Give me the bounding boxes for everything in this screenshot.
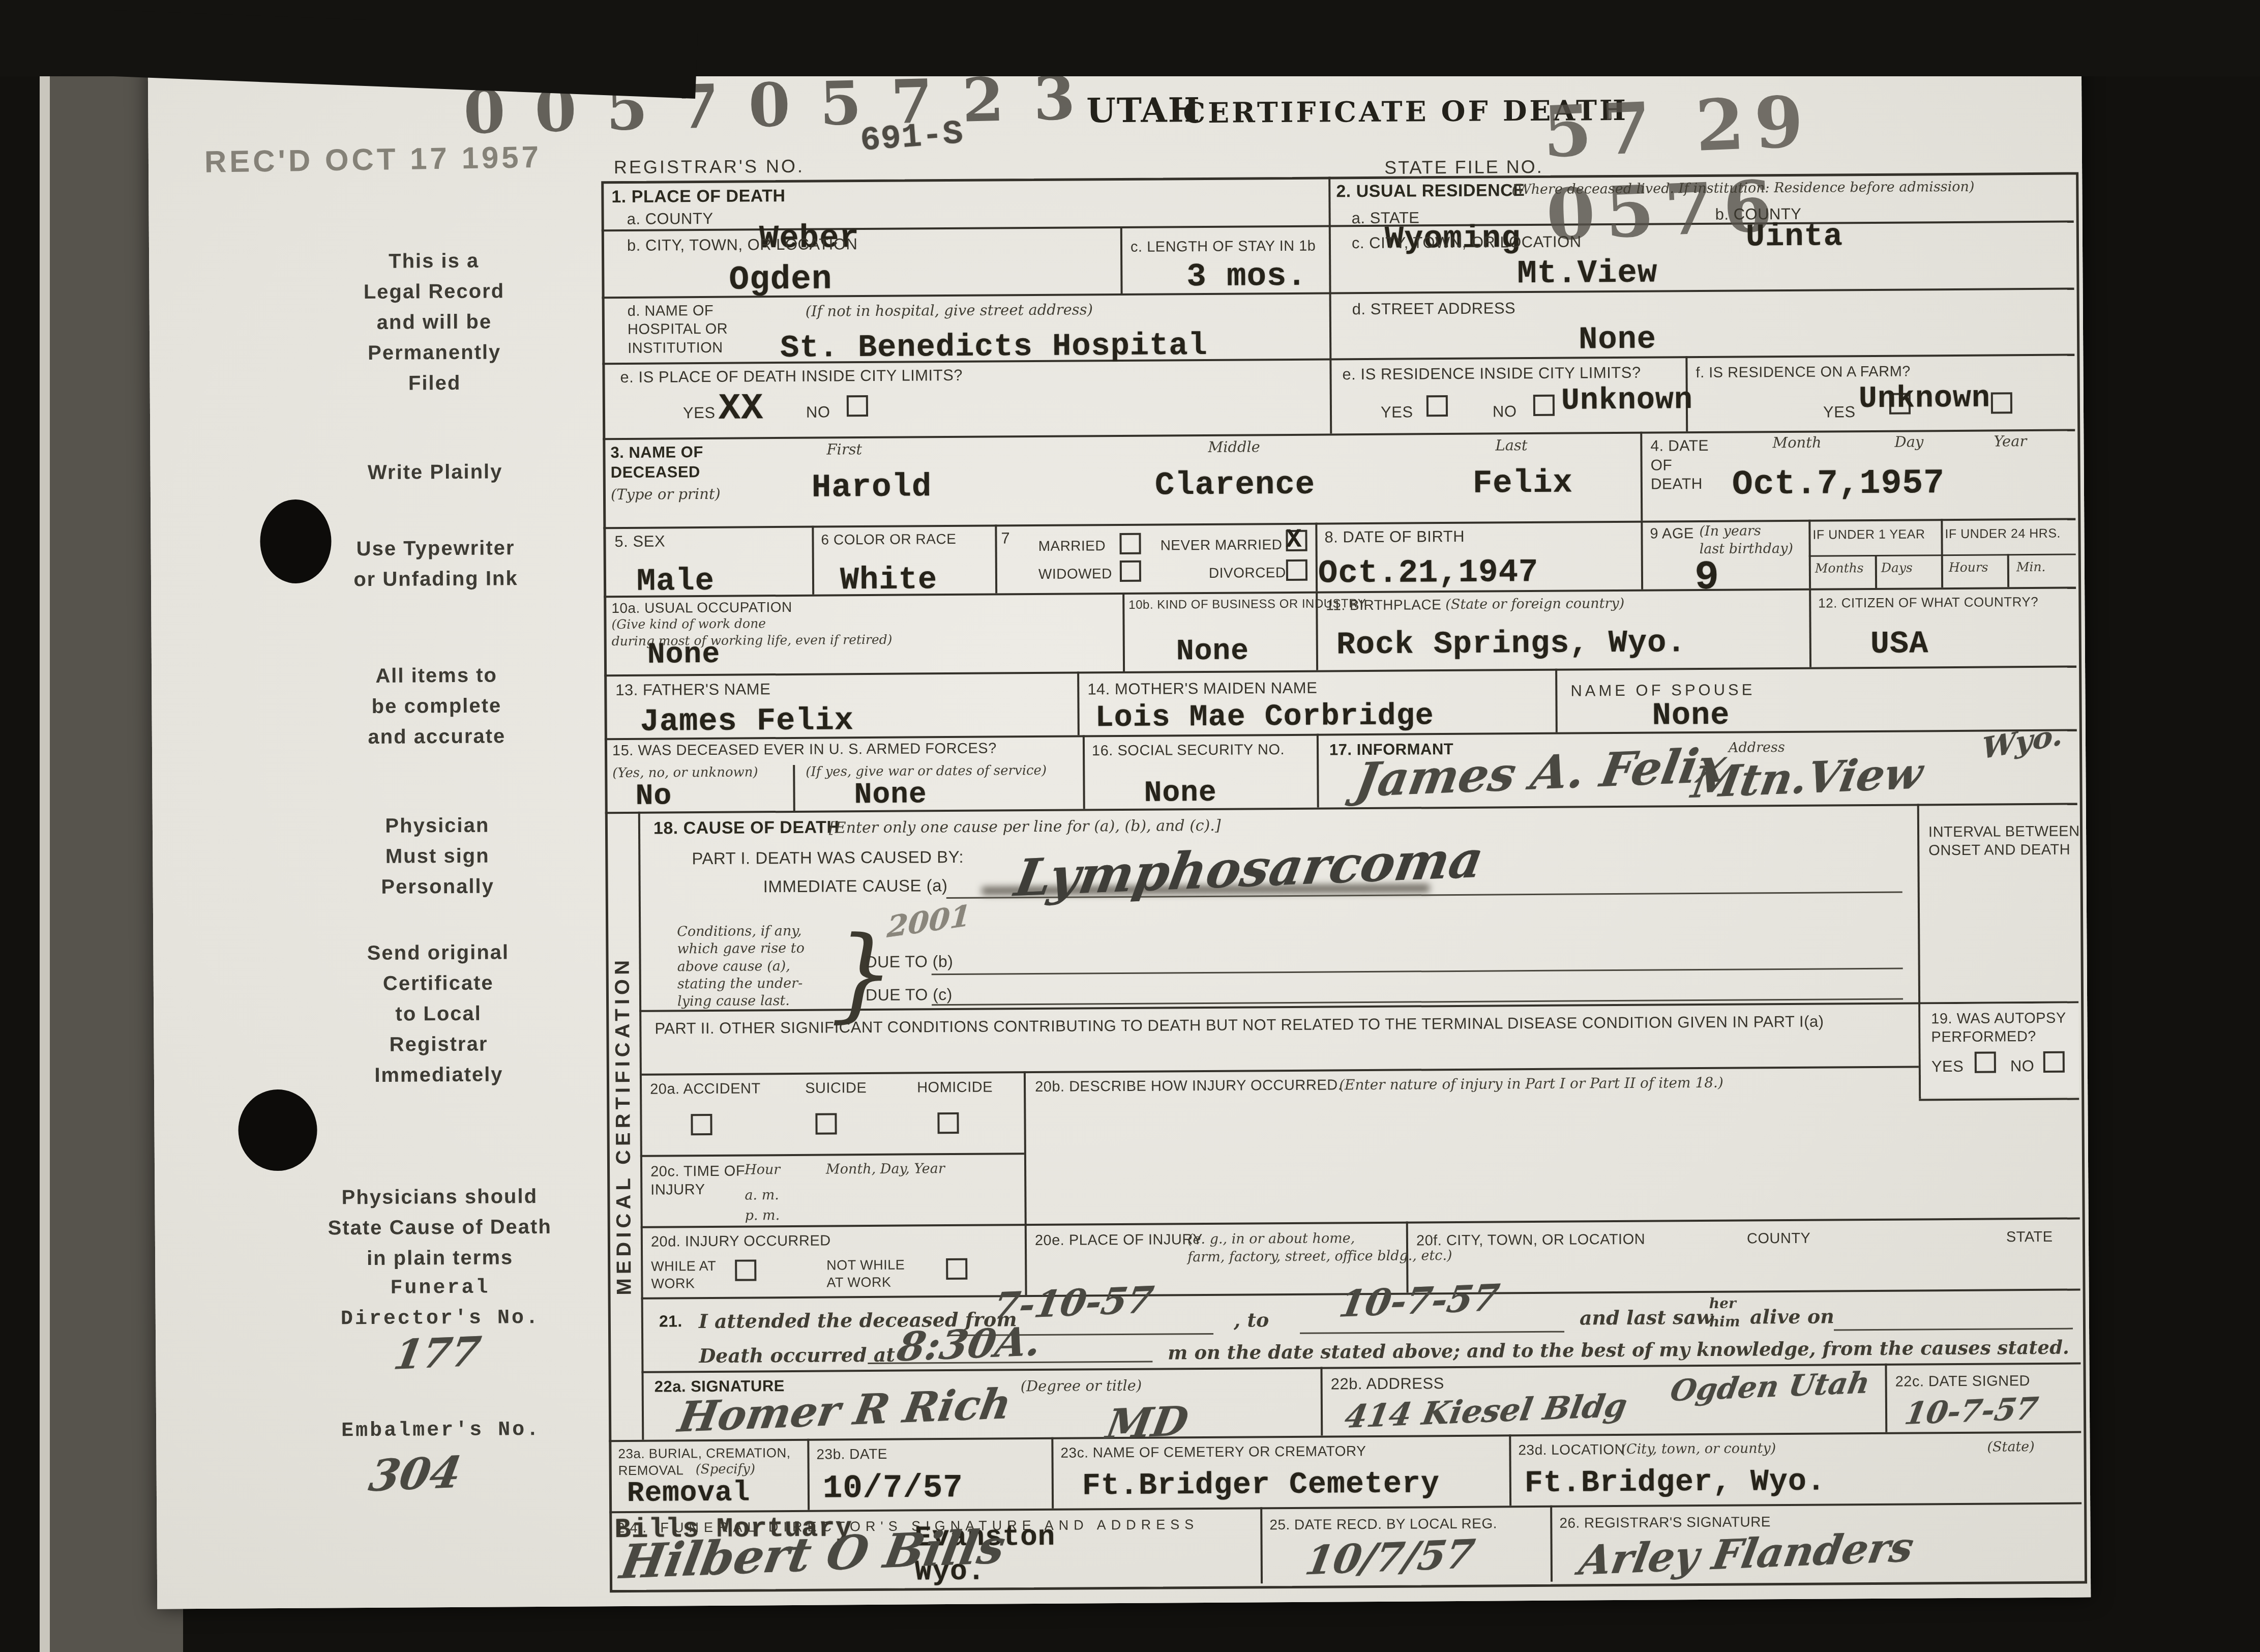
not-while-at-work-checkbox xyxy=(946,1258,967,1280)
s3-hint: (Type or print) xyxy=(611,485,721,505)
s12-value: USA xyxy=(1870,626,1929,662)
s19-yes-label: YES xyxy=(1931,1057,1964,1077)
s2-limits-label: e. IS RESIDENCE INSIDE CITY LIMITS? xyxy=(1342,363,1641,385)
suicide-checkbox xyxy=(815,1113,837,1134)
s2-limits-no-label: NO xyxy=(1493,402,1517,422)
s17-informant-address: Mtn.View xyxy=(1688,748,1926,808)
while-at-work-checkbox xyxy=(735,1259,756,1281)
s2-county-value: Uinta xyxy=(1746,218,1843,255)
s3-last-value: Felix xyxy=(1473,465,1573,503)
s1-limits-yes-label: YES xyxy=(683,403,716,423)
s1-hospital-label: d. NAME OF HOSPITAL OR INSTITUTION xyxy=(628,302,728,358)
s3-first-label: First xyxy=(826,440,862,459)
s7-widowed-label: WIDOWED xyxy=(1038,565,1112,583)
s9-months-label: Months xyxy=(1815,560,1864,577)
s20c-mdy-label: Month, Day, Year xyxy=(826,1160,945,1178)
s15-hint1: (Yes, no, or unknown) xyxy=(612,764,758,782)
margin-note-legal-record: This is a Legal Record and will be Perma… xyxy=(281,245,587,399)
s26-label: 26. REGISTRAR'S SIGNATURE xyxy=(1559,1513,1771,1532)
homicide-checkbox xyxy=(937,1112,959,1134)
divorced-checkbox xyxy=(1286,559,1307,581)
s22c-date-signed: 10-7-57 xyxy=(1902,1391,2040,1432)
s3-title: 3. NAME OF DECEASED xyxy=(610,442,703,483)
s8-label: 8. DATE OF BIRTH xyxy=(1324,527,1465,547)
s18-part1-label: PART I. DEATH WAS CAUSED BY: xyxy=(692,846,964,869)
s20c-am-label: a. m. xyxy=(745,1186,779,1204)
s16-label: 16. SOCIAL SECURITY NO. xyxy=(1092,741,1285,760)
s21-him: him xyxy=(1709,1313,1740,1332)
s2-city-label: c. CITY, TOWN, OR LOCATION xyxy=(1352,232,1582,253)
s15-value1: No xyxy=(635,780,672,813)
s23d-value: Ft.Bridger, Wyo. xyxy=(1525,1465,1826,1501)
s2-limits-value: Unknown xyxy=(1561,383,1693,419)
s18-due-c-label: DUE TO (c) xyxy=(866,984,953,1005)
s9-under1-label: IF UNDER 1 YEAR xyxy=(1812,526,1925,543)
s20c-pm-label: p. m. xyxy=(745,1206,780,1225)
s8-value: Oct.21,1947 xyxy=(1318,554,1539,593)
received-date-stamp: REC'D OCT 17 1957 xyxy=(204,139,542,180)
never-married-x: X xyxy=(1286,525,1302,555)
s22b-label: 22b. ADDRESS xyxy=(1331,1374,1444,1394)
s18-immediate-label: IMMEDIATE CAUSE (a) xyxy=(763,875,948,897)
s10a-label: 10a. USUAL OCCUPATION xyxy=(611,598,792,617)
s13-label: 13. FATHER'S NAME xyxy=(615,680,770,700)
s1-stay-label: c. LENGTH OF STAY IN 1b xyxy=(1131,237,1316,256)
s1-hospital-hint: (If not in hospital, give street address… xyxy=(806,300,1093,321)
s20f-label: 20f. CITY, TOWN, OR LOCATION xyxy=(1416,1230,1645,1250)
widowed-checkbox xyxy=(1120,560,1141,582)
s23d-state-hint: (State) xyxy=(1987,1438,2035,1456)
s21-num: 21. xyxy=(659,1311,682,1331)
s2-title-hint: (Where deceased lived. If institution: R… xyxy=(1511,178,2071,199)
never-married-checkbox: X xyxy=(1286,530,1307,551)
s21-text3: and last saw xyxy=(1580,1305,1713,1331)
s20a-accident-label: 20a. ACCIDENT xyxy=(650,1079,761,1099)
s9-under24-label: IF UNDER 24 HRS. xyxy=(1945,526,2061,543)
s2-limits-yes-label: YES xyxy=(1381,402,1413,422)
s18-title: 18. CAUSE OF DEATH xyxy=(653,816,840,839)
s3-middle-label: Middle xyxy=(1208,437,1260,457)
married-checkbox xyxy=(1119,533,1141,554)
s2-farm-no-checkbox xyxy=(1991,392,2012,414)
s2-farm-label: f. IS RESIDENCE ON A FARM? xyxy=(1696,362,1911,382)
s1-city-label: b. CITY, TOWN, OR LOCATION xyxy=(627,234,858,256)
s7-married-label: MARRIED xyxy=(1038,537,1106,555)
s4-year-label: Year xyxy=(1994,432,2027,451)
s3-middle-value: Clarence xyxy=(1155,467,1316,505)
s20e-label: 20e. PLACE OF INJURY xyxy=(1035,1230,1203,1250)
s23c-value: Ft.Bridger Cemetery xyxy=(1082,1467,1440,1503)
margin-note-send-original: Send original Certificate to Local Regis… xyxy=(285,936,591,1091)
accident-checkbox xyxy=(691,1114,712,1135)
s14-value: Lois Mae Corbridge xyxy=(1095,699,1434,735)
funeral-director-no-label: Funeral Director's No. xyxy=(287,1272,593,1335)
state-file-label: STATE FILE NO. xyxy=(1384,155,1543,179)
s1-city-value: Ogden xyxy=(729,260,832,299)
s22c-label: 22c. DATE SIGNED xyxy=(1895,1372,2031,1391)
scanned-death-certificate: { "header": { "serial_stamp": "005705723… xyxy=(0,0,2260,1652)
registrar-no-label: REGISTRAR'S NO. xyxy=(614,155,805,179)
s22a-degree-value: MD xyxy=(1103,1397,1192,1448)
margin-note-write-plainly: Write Plainly xyxy=(283,456,588,488)
s5-label: 5. SEX xyxy=(614,532,665,551)
s23b-value: 10/7/57 xyxy=(823,1470,963,1508)
s25-label: 25. DATE RECD. BY LOCAL REG. xyxy=(1269,1514,1497,1533)
s16-value: None xyxy=(1144,777,1217,810)
s9-min-label: Min. xyxy=(2016,559,2046,576)
s2-farm-value: Unknown xyxy=(1859,381,1990,417)
s1-limits-no-checkbox xyxy=(847,395,868,417)
s21-text2: , to xyxy=(1234,1307,1269,1333)
s2-street-label: d. STREET ADDRESS xyxy=(1352,299,1516,319)
s9-value: 9 xyxy=(1694,555,1720,601)
registrar-no-value: 691-S xyxy=(859,114,965,160)
s4-day-label: Day xyxy=(1894,432,1923,452)
s19-no-label: NO xyxy=(2010,1056,2035,1076)
s15-value2: None xyxy=(854,778,927,812)
s6-label: 6 COLOR OR RACE xyxy=(821,530,956,549)
s7-never-label: NEVER MARRIED xyxy=(1160,536,1282,554)
s4-label: 4. DATE OF DEATH xyxy=(1650,436,1709,494)
autopsy-no-checkbox xyxy=(2043,1051,2065,1073)
s21-her: her xyxy=(1709,1294,1736,1313)
s9-label: 9 AGE xyxy=(1650,524,1694,543)
s1-title: 1. PLACE OF DEATH xyxy=(611,185,785,208)
s1-hospital-value: St. Benedicts Hospital xyxy=(780,328,1208,366)
s1-limits-no-label: NO xyxy=(806,402,830,422)
s23d-hint: (City, town, or county) xyxy=(1621,1439,1776,1458)
s4-value: Oct.7,1957 xyxy=(1732,464,1945,505)
s20b-hint: (Enter nature of injury in Part I or Par… xyxy=(1339,1074,1723,1095)
s18-interval-label: INTERVAL BETWEEN ONSET AND DEATH xyxy=(1928,822,2080,860)
s2-title: 2. USUAL RESIDENCE xyxy=(1336,180,1525,202)
certificate-paper: 005705723 REC'D OCT 17 1957 REGISTRAR'S … xyxy=(148,50,2091,1609)
s20f-state-label: STATE xyxy=(2006,1228,2053,1247)
s18-due-b-label: DUE TO (b) xyxy=(865,951,953,972)
s15-label: 15. WAS DECEASED EVER IN U. S. ARMED FOR… xyxy=(612,739,997,760)
s20d-label: 20d. INJURY OCCURRED xyxy=(651,1231,831,1251)
s1-county-label: a. COUNTY xyxy=(627,209,713,229)
s23b-label: 23b. DATE xyxy=(816,1445,887,1463)
embalmer-no-value: 304 xyxy=(366,1447,465,1501)
s11-label: 11. BIRTHPLACE xyxy=(1326,596,1441,614)
margin-note-physician-sign: Physician Must sign Personally xyxy=(285,809,590,903)
s20f-county-label: COUNTY xyxy=(1747,1229,1811,1248)
s20e-hint: (e. g., in or about home, farm, factory,… xyxy=(1187,1229,1452,1266)
s1-stay-value: 3 mos. xyxy=(1186,258,1307,296)
s14-label: 14. MOTHER'S MAIDEN NAME xyxy=(1087,678,1317,700)
s6-value: White xyxy=(840,562,937,598)
s2-farm-yes-label: YES xyxy=(1823,402,1856,422)
s11-value: Rock Springs, Wyo. xyxy=(1336,625,1686,663)
s3-last-label: Last xyxy=(1495,436,1527,455)
s13-value: James Felix xyxy=(640,702,854,740)
s21-text5: Death occurred at xyxy=(699,1342,895,1369)
embalmer-no-label: Embalmer's No. xyxy=(273,1414,609,1447)
s21-to-date: 10-7-57 xyxy=(1336,1276,1502,1325)
spouse-value: None xyxy=(1652,697,1730,734)
s9-days-label: Days xyxy=(1881,559,1913,576)
funeral-director-no-value: 177 xyxy=(391,1327,484,1379)
s20b-label: 20b. DESCRIBE HOW INJURY OCCURRED. xyxy=(1035,1076,1342,1096)
s1-limits-yes-mark: XX xyxy=(719,388,764,430)
s9-hours-label: Hours xyxy=(1949,559,1988,576)
s10a-value: None xyxy=(647,638,721,672)
s5-value: Male xyxy=(637,563,715,600)
s22a-degree-label: (Degree or title) xyxy=(1021,1376,1142,1396)
s20a-suicide-label: SUICIDE xyxy=(805,1079,867,1098)
margin-note-plain-terms: Physicians should State Cause of Death i… xyxy=(261,1181,618,1274)
s21-time-value: 8:30A. xyxy=(894,1318,1045,1371)
s18-title-hint: [Enter only one cause per line for (a), … xyxy=(829,816,1221,838)
ink-blob-top xyxy=(260,499,332,583)
s7-divorced-label: DIVORCED xyxy=(1209,564,1286,582)
s10b-value: None xyxy=(1176,635,1250,668)
s2-city-value: Mt.View xyxy=(1517,255,1657,293)
s19-label: 19. WAS AUTOPSY PERFORMED? xyxy=(1931,1009,2066,1047)
s9-hint: (In years last birthday) xyxy=(1699,522,1793,558)
s23a-value: Removal xyxy=(627,1476,751,1509)
s23d-label: 23d. LOCATION xyxy=(1518,1440,1625,1459)
s21-text4: alive on xyxy=(1750,1304,1834,1329)
s1-limits-label: e. IS PLACE OF DEATH INSIDE CITY LIMITS? xyxy=(620,366,963,388)
s20c-hour-label: Hour xyxy=(745,1161,780,1179)
s3-first-value: Harold xyxy=(812,469,932,506)
s4-month-label: Month xyxy=(1772,433,1821,453)
s2-limits-no-checkbox xyxy=(1533,395,1555,416)
autopsy-yes-checkbox xyxy=(1975,1051,1996,1073)
s25-value: 10/7/57 xyxy=(1302,1531,1478,1584)
medical-certification-vertical-label: MEDICAL CERTIFICATION xyxy=(605,812,642,1440)
s2-street-value: None xyxy=(1579,321,1656,358)
margin-note-complete: All items to be complete and accurate xyxy=(284,659,589,753)
s20d-while-label: WHILE AT WORK xyxy=(651,1258,716,1292)
s7-num: 7 xyxy=(1001,528,1010,548)
paper-fold-edge xyxy=(40,0,50,1652)
s18-conditions-label: Conditions, if any, which gave rise to a… xyxy=(677,923,805,1011)
s12-label: 12. CITIZEN OF WHAT COUNTRY? xyxy=(1818,594,2038,611)
ink-blob-bottom xyxy=(238,1089,317,1171)
s11-hint: (State or foreign country) xyxy=(1445,595,1624,613)
s2-limits-yes-checkbox xyxy=(1426,395,1448,417)
s20a-homicide-label: HOMICIDE xyxy=(917,1078,993,1097)
s20c-label: 20c. TIME OF INJURY xyxy=(650,1162,745,1200)
s20d-notwhile-label: NOT WHILE AT WORK xyxy=(826,1257,905,1291)
